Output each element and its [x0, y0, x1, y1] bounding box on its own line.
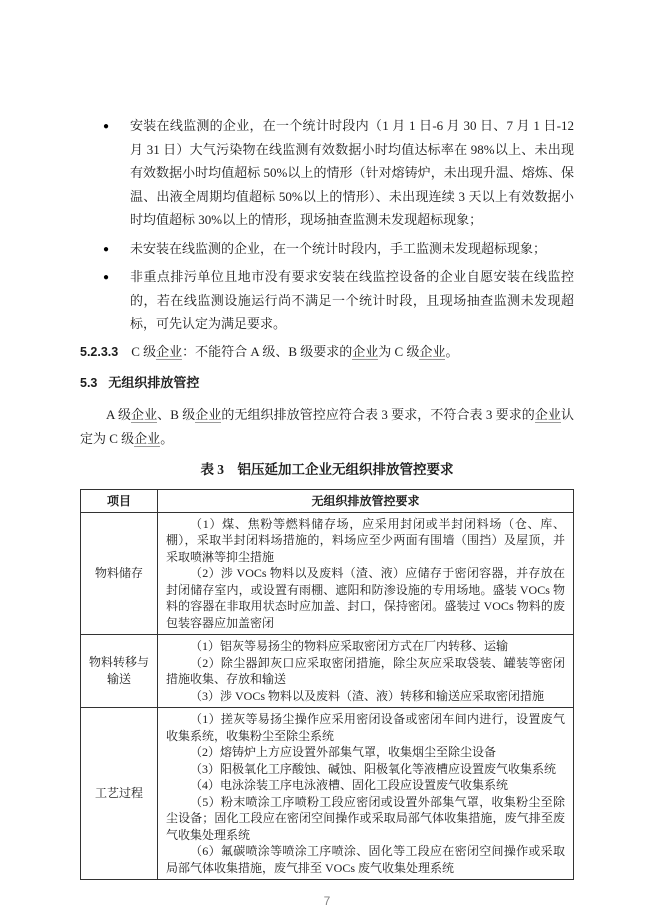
bullet-item: 安装在线监测的企业，在一个统计时段内（1 月 1 日-6 月 30 日、7 月 … — [130, 114, 574, 232]
requirement-item: （4）电泳涂装工序电泳液槽、固化工段应设置废气收集系统 — [166, 777, 565, 794]
row-item-label: 物料转移与输送 — [81, 635, 158, 708]
bullet-item: 未安装在线监测的企业，在一个统计时段内，手工监测未发现超标现象； — [130, 237, 574, 261]
bullet-text: 非重点排污单位且地市没有要求安装在线监控设备的企业自愿安装在线监控的，若在线监测… — [130, 269, 574, 331]
row-requirements: （1）搓灰等易扬尘操作应采用密闭设备或密闭车间内进行，设置废气收集系统，收集粉尘… — [158, 708, 574, 880]
requirement-item: （2）熔铸炉上方应设置外部集气罩，收集烟尘至除尘设备 — [166, 744, 565, 761]
page-number: 7 — [80, 893, 574, 909]
table-3-title: 表 3 铝压延加工企业无组织排放管控要求 — [80, 460, 574, 480]
bullet-text: 未安装在线监测的企业，在一个统计时段内，手工监测未发现超标现象； — [130, 241, 546, 256]
requirement-item: （3）阳极氧化工序酸蚀、碱蚀、阳极氧化等液槽应设置废气收集系统 — [166, 761, 565, 778]
requirements-table: 项目 无组织排放管控要求 物料储存 （1）煤、焦粉等燃料储存场，应采用封闭或半封… — [80, 489, 574, 881]
bullet-text: 安装在线监测的企业，在一个统计时段内（1 月 1 日-6 月 30 日、7 月 … — [130, 118, 574, 227]
clause-5-2-3-3: 5.2.3.3C 级企业：不能符合 A 级、B 级要求的企业为 C 级企业。 — [80, 340, 574, 364]
section-heading-5-3: 5.3无组织排放管控 — [80, 372, 574, 394]
requirement-item: （1）铝灰等易扬尘的物料应采取密闭方式在厂内转移、运输 — [166, 638, 565, 655]
requirement-item: （6）氟碳喷涂等喷涂工序喷涂、固化等工段应在密闭空间操作或采取局部气体收集措施，… — [166, 843, 565, 876]
bullet-item: 非重点排污单位且地市没有要求安装在线监控设备的企业自愿安装在线监控的，若在线监测… — [130, 265, 574, 336]
section-title: 无组织排放管控 — [108, 375, 199, 390]
requirement-item: （2）除尘器卸灰口应采取密闭措施，除尘灰应采取袋装、罐装等密闭措施收集、存放和输… — [166, 655, 565, 688]
table-row: 工艺过程 （1）搓灰等易扬尘操作应采用密闭设备或密闭车间内进行，设置废气收集系统… — [81, 708, 574, 880]
requirement-item: （1）煤、焦粉等燃料储存场，应采用封闭或半封闭料场（仓、库、棚），采取半封闭料场… — [166, 516, 565, 566]
intro-paragraph: A 级企业、B 级企业的无组织排放管控应符合表 3 要求，不符合表 3 要求的企… — [80, 403, 574, 451]
requirement-item: （3）涉 VOCs 物料以及废料（渣、液）转移和输送应采取密闭措施 — [166, 688, 565, 705]
table-row: 物料转移与输送 （1）铝灰等易扬尘的物料应采取密闭方式在厂内转移、运输（2）除尘… — [81, 635, 574, 708]
row-item-label: 物料储存 — [81, 512, 158, 635]
bullet-list: 安装在线监测的企业，在一个统计时段内（1 月 1 日-6 月 30 日、7 月 … — [80, 114, 574, 336]
document-page: 安装在线监测的企业，在一个统计时段内（1 月 1 日-6 月 30 日、7 月 … — [0, 0, 650, 919]
requirement-item: （2）涉 VOCs 物料以及废料（渣、液）应储存于密闭容器，并存放在封闭储存室内… — [166, 565, 565, 631]
row-requirements: （1）煤、焦粉等燃料储存场，应采用封闭或半封闭料场（仓、库、棚），采取半封闭料场… — [158, 512, 574, 635]
requirement-item: （5）粉末喷涂工序喷粉工段应密闭或设置外部集气罩，收集粉尘至除尘设备；固化工段应… — [166, 794, 565, 844]
table-header-row: 项目 无组织排放管控要求 — [81, 489, 574, 512]
row-item-label: 工艺过程 — [81, 708, 158, 880]
table-row: 物料储存 （1）煤、焦粉等燃料储存场，应采用封闭或半封闭料场（仓、库、棚），采取… — [81, 512, 574, 635]
row-requirements: （1）铝灰等易扬尘的物料应采取密闭方式在厂内转移、运输（2）除尘器卸灰口应采取密… — [158, 635, 574, 708]
table-header-item: 项目 — [81, 489, 158, 512]
clause-text: C 级企业：不能符合 A 级、B 级要求的企业为 C 级企业。 — [131, 344, 458, 361]
clause-number: 5.2.3.3 — [80, 345, 118, 359]
table-header-requirements: 无组织排放管控要求 — [158, 489, 574, 512]
section-number: 5.3 — [80, 376, 97, 390]
requirement-item: （1）搓灰等易扬尘操作应采用密闭设备或密闭车间内进行，设置废气收集系统，收集粉尘… — [166, 711, 565, 744]
